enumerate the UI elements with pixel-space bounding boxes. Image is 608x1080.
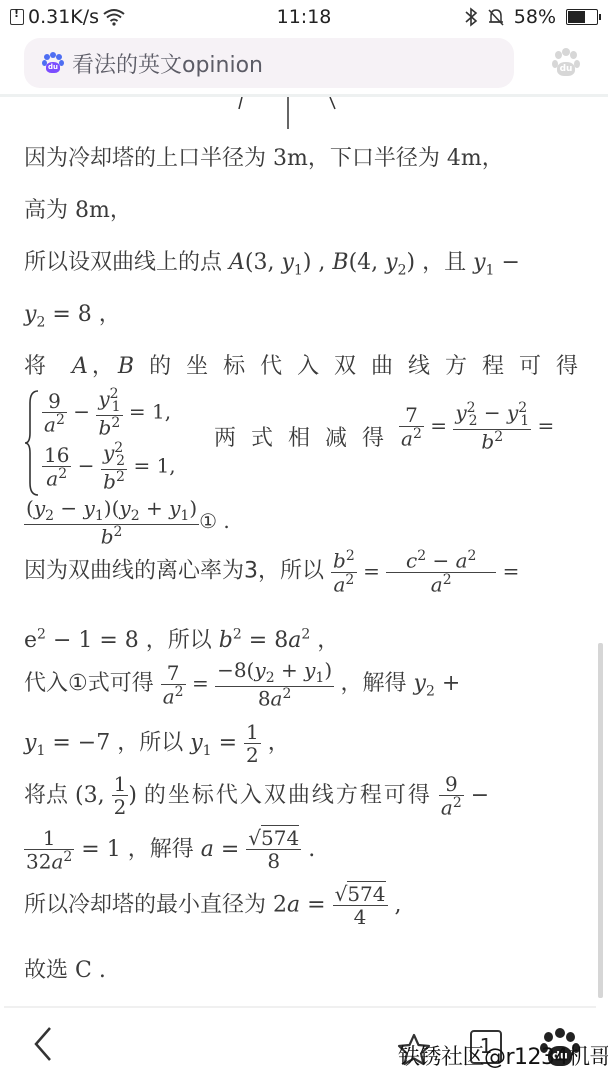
line-8: 因为双曲线的离心率为3，所以 b2a2 = c2 − a2a2 = [24,549,519,595]
line-7: (y2 − y1)(y2 + y1)b2① . [24,497,230,548]
battery-icon [566,9,598,25]
line-13: 132a2 = 1 ，解得 a = √5748 . [24,827,315,873]
line-10: 代入①式可得 7a2 = −8(y2 + y1)8a2 ，解得 y2 + [24,659,460,710]
silent-bell-icon [486,7,506,27]
diagram-fragment [200,97,400,132]
line-1: 因为冷却塔的上口半径为 3m，下口半径为 4m， [24,141,504,172]
search-query[interactable]: 看法的英文opinion [72,48,263,79]
chevron-left-icon[interactable] [30,1024,60,1064]
watermark: 铁锈社区@r1234机哥 [398,1040,608,1071]
search-bar[interactable]: du 看法的英文opinion [24,38,514,88]
wifi-icon [103,8,125,26]
line-4: y2 = 8 ， [24,297,121,330]
clock: 11:18 [210,6,398,28]
header: du 看法的英文opinion du [0,34,608,94]
status-bar: 0.31K/s 11:18 58% [0,0,608,34]
network-speed: 0.31K/s [28,6,99,28]
line-14: 所以冷却塔的最小直径为 2a = √5744 , [24,883,402,928]
line-15: 故选 C . [24,953,106,984]
bluetooth-icon [464,7,478,27]
baidu-paw-icon: du [42,52,64,74]
baidu-home-paw-icon[interactable]: du [552,48,580,78]
line-9: e2 − 1 = 8 ，所以 b2 = 8a2 ， [24,623,339,654]
line-11: y1 = −7 ，所以 y1 = 12 ， [24,721,290,766]
battery-percent: 58% [514,6,556,28]
scrollbar[interactable] [598,643,603,998]
line-2: 高为 8m， [24,193,132,224]
line-12: 将点 (3, 12) 的坐标代入双曲线方程可得 9a2 − [24,773,489,819]
sim-alert-icon [10,9,24,25]
bottom-divider [4,1006,596,1008]
line-5: 将 A，B 的 坐 标 代 入 双 曲 线 方 程 可 得 [24,349,582,380]
line-3: 所以设双曲线上的点 A(3, y1) , B(4, y2) ，且 y1 − [24,245,520,278]
